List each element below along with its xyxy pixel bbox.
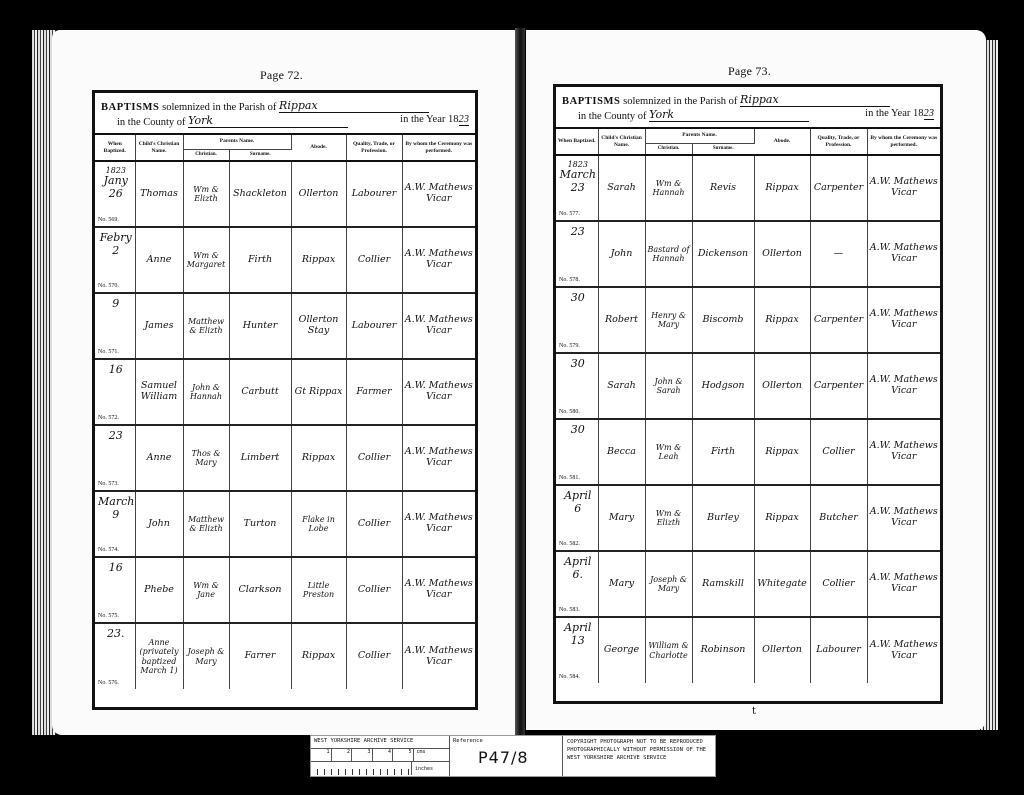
entry-number: No. 581. bbox=[559, 475, 580, 482]
table-row: March 9No. 574. John Matthew & Elizth Tu… bbox=[95, 491, 475, 557]
copyright-notice: COPYRIGHT PHOTOGRAPH NOT TO BE REPRODUCE… bbox=[563, 736, 715, 776]
col-parents-surname: Surname. bbox=[229, 149, 291, 161]
entry-number: No. 582. bbox=[559, 541, 580, 548]
table-row: 1823March 23No. 577. Sarah Wm & Hannah R… bbox=[556, 155, 940, 221]
register-header: BAPTISMS solemnized in the Parish of Rip… bbox=[556, 87, 940, 129]
col-parents-christian: Christian. bbox=[645, 143, 692, 155]
table-row: 30No. 580. Sarah John & Sarah Hodgson Ol… bbox=[556, 353, 940, 419]
table-row: 1823Jany 26No. 569. Thomas Wm & Elizth S… bbox=[95, 161, 475, 227]
table-row: April 6No. 582. Mary Wm & Elizth Burley … bbox=[556, 485, 940, 551]
col-quality: Quality, Trade, or Profession. bbox=[810, 129, 867, 155]
table-row: Febry 2No. 570. Anne Wm & Margaret Firth… bbox=[95, 227, 475, 293]
entry-number: No. 577. bbox=[559, 211, 580, 218]
baptism-table: When Baptized. Child's Christian Name. P… bbox=[556, 129, 940, 683]
col-when: When Baptized. bbox=[95, 135, 135, 161]
ruler-ticks bbox=[311, 762, 412, 775]
county-field: York bbox=[649, 108, 809, 122]
table-row: 23No. 573. Anne Thos & Mary Limbert Ripp… bbox=[95, 425, 475, 491]
col-child: Child's Christian Name. bbox=[598, 129, 645, 155]
entry-number: No. 583. bbox=[559, 607, 580, 614]
year-field: 23 bbox=[459, 114, 470, 126]
year-field: 23 bbox=[924, 108, 935, 120]
right-page: Page 73. BAPTISMS solemnized in the Pari… bbox=[526, 30, 986, 730]
cm-scale: 1 2 3 4 5 cms bbox=[311, 749, 449, 762]
reference-number: P47/8 bbox=[478, 748, 529, 767]
parish-field: Rippax bbox=[740, 93, 890, 107]
col-parents-christian: Christian. bbox=[183, 149, 229, 161]
entry-number: No. 571. bbox=[98, 349, 119, 356]
table-row: 16No. 572. Samuel William John & Hannah … bbox=[95, 359, 475, 425]
col-when: When Baptized. bbox=[556, 129, 598, 155]
entry-number: No. 573. bbox=[98, 481, 119, 488]
col-by-whom: By whom the Ceremony was performed. bbox=[402, 135, 475, 161]
register-header: BAPTISMS solemnized in the Parish of Rip… bbox=[95, 93, 475, 135]
left-page: Page 72. BAPTISMS solemnized in the Pari… bbox=[52, 30, 517, 735]
col-quality: Quality, Trade, or Profession. bbox=[346, 135, 402, 161]
col-abode: Abode. bbox=[291, 135, 346, 161]
table-row: 30No. 581. Becca Wm & Leah Firth Rippax … bbox=[556, 419, 940, 485]
entry-number: No. 570. bbox=[98, 283, 119, 290]
entry-number: No. 569. bbox=[98, 217, 119, 224]
table-row: April 13No. 584. George William & Charlo… bbox=[556, 617, 940, 683]
entry-number: No. 584. bbox=[559, 674, 580, 681]
register-title: BAPTISMS bbox=[101, 102, 159, 113]
col-parents: Parents Name. bbox=[645, 129, 754, 143]
entry-number: No. 576. bbox=[98, 680, 119, 687]
archive-name: WEST YORKSHIRE ARCHIVE SERVICE bbox=[311, 736, 449, 749]
col-parents: Parents Name. bbox=[183, 135, 291, 149]
table-row: 9No. 571. James Matthew & Elizth Hunter … bbox=[95, 293, 475, 359]
page-number: Page 72. bbox=[260, 68, 303, 83]
baptism-table: When Baptized. Child's Christian Name. P… bbox=[95, 135, 475, 689]
reference-block: Reference P47/8 bbox=[450, 736, 563, 776]
col-parents-surname: Surname. bbox=[692, 143, 754, 155]
entry-number: No. 579. bbox=[559, 343, 580, 350]
parish-field: Rippax bbox=[279, 99, 429, 113]
table-row: 30No. 579. Robert Henry & Mary Biscomb R… bbox=[556, 287, 940, 353]
col-abode: Abode. bbox=[754, 129, 810, 155]
entry-number: No. 574. bbox=[98, 547, 119, 554]
col-by-whom: By whom the Ceremony was performed. bbox=[867, 129, 940, 155]
table-row: April 6.No. 583. Mary Joseph & Mary Rams… bbox=[556, 551, 940, 617]
register-title: BAPTISMS bbox=[562, 96, 620, 107]
book-spine bbox=[515, 28, 525, 738]
stray-mark: t bbox=[752, 706, 756, 717]
register-table-page-73: BAPTISMS solemnized in the Parish of Rip… bbox=[553, 84, 943, 704]
entry-number: No. 575. bbox=[98, 613, 119, 620]
entry-number: No. 580. bbox=[559, 409, 580, 416]
inch-scale: inches bbox=[311, 762, 449, 775]
register-table-page-72: BAPTISMS solemnized in the Parish of Rip… bbox=[92, 90, 478, 710]
page-number: Page 73. bbox=[728, 64, 771, 79]
entry-number: No. 578. bbox=[559, 277, 580, 284]
table-row: 23.No. 576. Anne (privately baptized Mar… bbox=[95, 623, 475, 689]
archive-reference-label: WEST YORKSHIRE ARCHIVE SERVICE 1 2 3 4 5… bbox=[310, 735, 716, 777]
county-field: York bbox=[188, 114, 348, 128]
entry-number: No. 572. bbox=[98, 415, 119, 422]
archive-scale-block: WEST YORKSHIRE ARCHIVE SERVICE 1 2 3 4 5… bbox=[311, 736, 450, 776]
col-child: Child's Christian Name. bbox=[135, 135, 183, 161]
table-row: 16No. 575. Phebe Wm & Jane Clarkson Litt… bbox=[95, 557, 475, 623]
table-row: 23No. 578. John Bastard of Hannah Dicken… bbox=[556, 221, 940, 287]
